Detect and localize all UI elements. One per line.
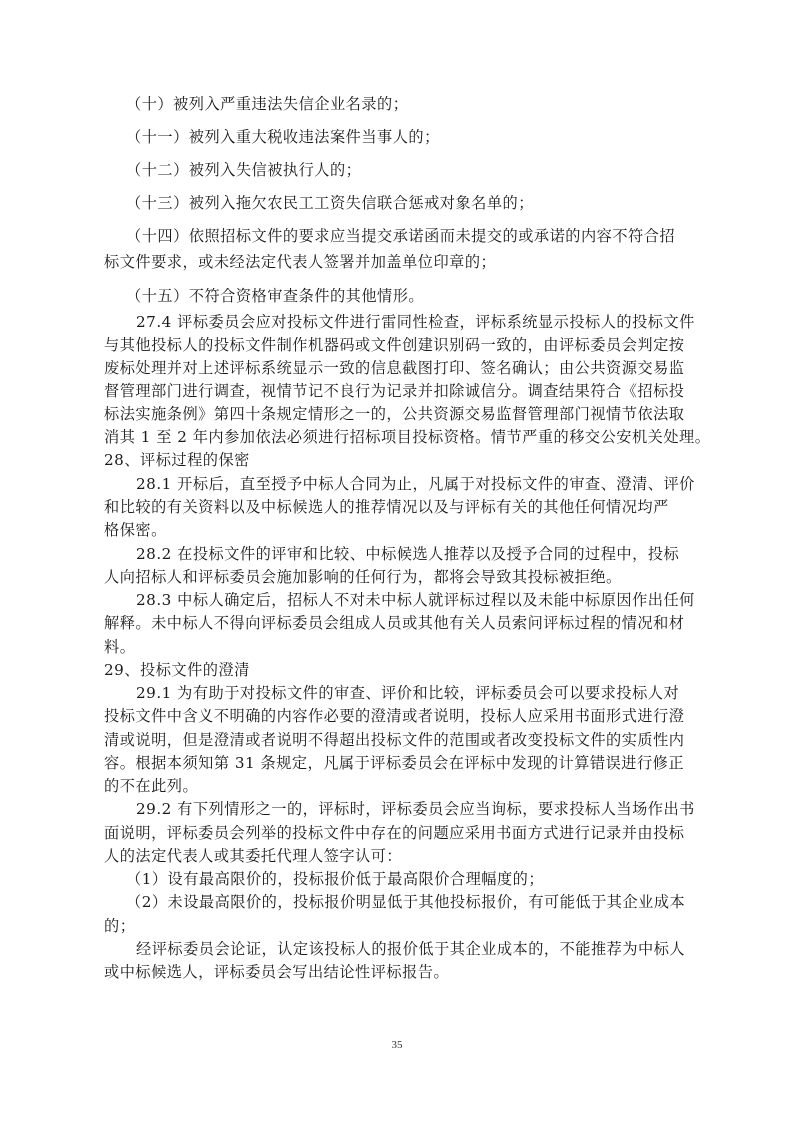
- paragraph-28-2: 28.2 在投标文件的评审和比较、中标候选人推荐以及授予合同的过程中，投标: [136, 544, 679, 564]
- list-item-14: （十四）依照招标文件的要求应当提交承诺函而未提交的或承诺的内容不符合招: [126, 226, 675, 246]
- paragraph-line: 解释。未中标人不得向评标委员会组成人员或其他有关人员索问评标过程的情况和材: [104, 613, 684, 633]
- list-item-14-cont: 标文件要求，或未经法定代表人签署并加盖单位印章的；: [104, 252, 496, 272]
- paragraph-line: 的不在此列。: [104, 776, 198, 796]
- list-item-11: （十一）被列入重大税收违法案件当事人的；: [126, 127, 440, 147]
- paragraph-line: 清或说明，但是澄清或者说明不得超出投标文件的范围或者改变投标文件的实质性内: [104, 730, 684, 750]
- paragraph-line: 或中标候选人，评标委员会写出结论性评标报告。: [104, 962, 449, 982]
- list-item-10: （十）被列入严重违法失信企业名录的；: [126, 94, 408, 114]
- paragraph-line: 投标文件中含义不明确的内容作必要的澄清或者说明，投标人应采用书面形式进行澄: [104, 706, 684, 726]
- paragraph-28-1: 28.1 开标后，直至授予中标人合同为止，凡属于对投标文件的审查、澄清、评价: [136, 474, 695, 494]
- paragraph-line: 消其 1 至 2 年内参加依法必须进行招标项目投标资格。情节严重的移交公安机关处…: [104, 427, 710, 447]
- paragraph-28-3: 28.3 中标人确定后，招标人不对未中标人就评标过程以及未能中标原因作出任何: [136, 590, 695, 610]
- paragraph-conclusion: 经评标委员会论证，认定该投标人的报价低于其企业成本的，不能推荐为中标人: [136, 939, 685, 959]
- paragraph-line: 人向招标人和评标委员会施加影响的任何行为，都将会导致其投标被拒绝。: [104, 567, 622, 587]
- paragraph-29-1: 29.1 为有助于对投标文件的审查、评价和比较，评标委员会可以要求投标人对: [136, 683, 679, 703]
- paragraph-line: 与其他投标人的投标文件制作机器码或文件创建识别码一致的，由评标委员会判定按: [104, 335, 684, 355]
- paragraph-line: 料。: [104, 637, 135, 657]
- paragraph-line: 人的法定代表人或其委托代理人签字认可：: [104, 846, 402, 866]
- section-heading-29: 29、投标文件的澄清: [104, 660, 250, 680]
- paragraph-line: 督管理部门进行调查，视情节记不良行为记录并扣除诚信分。调查结果符合《招标投: [104, 381, 684, 401]
- paragraph-line: 和比较的有关资料以及中标候选人的推荐情况以及与评标有关的其他任何情况均严: [104, 497, 669, 517]
- list-item-13: （十三）被列入拖欠农民工工资失信联合惩戒对象名单的；: [126, 193, 534, 213]
- paragraph-29-2: 29.2 有下列情形之一的，评标时，评标委员会应当询标，要求投标人当场作出书: [136, 799, 695, 819]
- paragraph-line: 废标处理并对上述评标系统显示一致的信息截图打印、签名确认；由公共资源交易监: [104, 358, 684, 378]
- list-item-12: （十二）被列入失信被执行人的；: [126, 160, 361, 180]
- list-item-1: （1）设有最高限价的，投标报价低于最高限价合理幅度的；: [126, 869, 544, 889]
- paragraph-27-4: 27.4 评标委员会应对投标文件进行雷同性检查，评标系统显示投标人的投标文件: [136, 312, 695, 332]
- page-number: 35: [0, 1039, 794, 1051]
- section-heading-28: 28、评标过程的保密: [104, 450, 250, 470]
- paragraph-line: 容。根据本须知第 31 条规定，凡属于评标委员会在评标中发现的计算错误进行修正: [104, 753, 684, 773]
- paragraph-line: 面说明，评标委员会列举的投标文件中存在的问题应采用书面方式进行记录并由投标: [104, 823, 684, 843]
- list-item-15: （十五）不符合资格审查条件的其他情形。: [126, 286, 424, 306]
- paragraph-line: 标法实施条例》第四十条规定情形之一的，公共资源交易监督管理部门视情节依法取: [104, 404, 684, 424]
- list-item-2-cont: 的；: [104, 916, 135, 936]
- list-item-2: （2）未设最高限价的，投标报价明显低于其他投标报价，有可能低于其企业成本: [126, 892, 685, 912]
- paragraph-line: 格保密。: [104, 520, 167, 540]
